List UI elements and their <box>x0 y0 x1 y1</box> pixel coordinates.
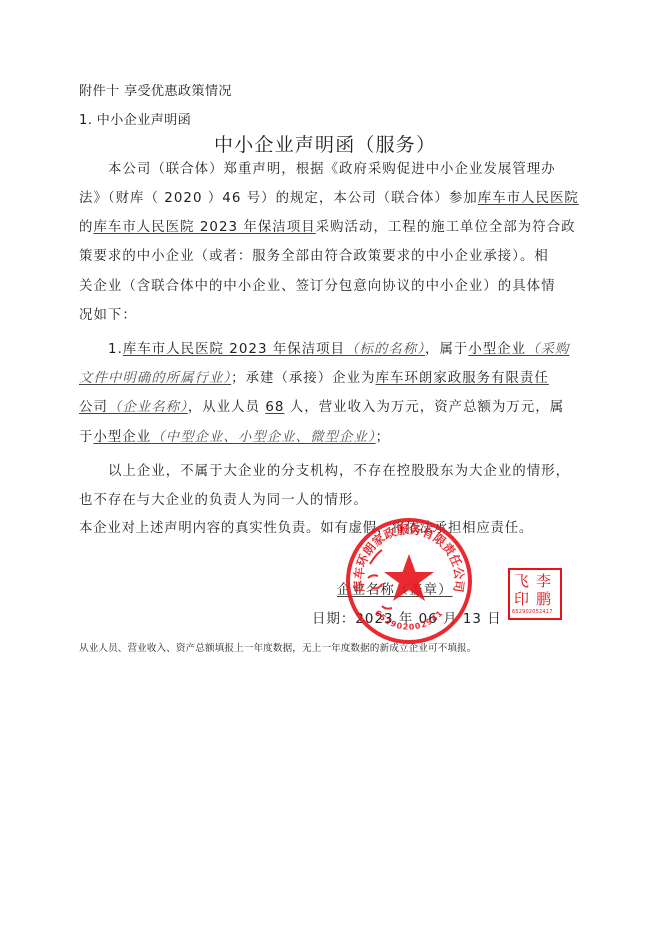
static-text: ，属于 <box>425 342 468 357</box>
hint-text: （企业名称） <box>108 400 188 415</box>
paragraph-line: 以上企业，不属于大企业的分支机构，不存在控股股东为大企业的情形， <box>108 460 570 479</box>
seal-char: 飞 <box>514 573 529 590</box>
paragraph-line: 法》（财库（ 2020 ）46 号）的规定，本公司（联合体）参加库车市人民医院 <box>79 187 579 206</box>
employee-count: 68 <box>265 400 284 415</box>
paragraph-line: 况如下： <box>79 304 137 323</box>
seal-code: 652902052417 <box>512 609 553 615</box>
project-name: 库车市人民医院 2023 年保洁项目 <box>93 220 315 235</box>
item-project: 库车市人民医院 2023 年保洁项目 <box>123 342 345 357</box>
static-text: ；承建（承接）企业为 <box>231 371 375 386</box>
page-title: 中小企业声明函（服务） <box>214 130 436 157</box>
item-line: 文件中明确的所属行业）；承建（承接）企业为库车环朗家政服务有限责任 <box>79 367 549 386</box>
industry-value: 小型企业 <box>468 342 526 357</box>
svg-text:652902002941: 652902002941 <box>373 608 445 631</box>
enterprise-size: 小型企业 <box>93 430 151 445</box>
static-text: 于 <box>79 430 93 445</box>
item-number: 1. <box>108 342 123 357</box>
static-text: 采购活动，工程的施工单位全部为符合政 <box>316 220 576 235</box>
seal-icon: 库车环朗家政服务有限责任公司 652902002941 <box>344 516 474 646</box>
item-line: 1.库车市人民医院 2023 年保洁项目（标的名称），属于小型企业（采购 <box>108 338 569 357</box>
seal-char: 李 <box>536 573 551 590</box>
company-name: 库车环朗家政服务有限责任 <box>376 371 549 386</box>
static-text: ； <box>376 430 390 445</box>
item-line: 于小型企业（中型企业、小型企业、微型企业）； <box>79 426 390 445</box>
paragraph-line: 策要求的中小企业（或者：服务全部由符合政策要求的中小企业承接）。相 <box>79 245 549 264</box>
hint-text: （采购 <box>526 342 569 357</box>
seal-char: 印 <box>514 591 529 608</box>
section-heading: 1. 中小企业声明函 <box>79 109 191 128</box>
seal-char: 鹏 <box>536 591 551 608</box>
attachment-heading: 附件十 享受优惠政策情况 <box>79 80 232 99</box>
purchaser-name: 库车市人民医院 <box>478 191 579 206</box>
static-text: 人，营业收入为万元，资产总额为万元，属 <box>290 400 564 415</box>
personal-seal-stamp: 飞 李 印 鹏 652902052417 <box>508 568 562 620</box>
hint-text: （标的名称） <box>345 342 425 357</box>
item-line: 公司（企业名称），从业人员 68 人，营业收入为万元，资产总额为万元，属 <box>79 396 564 415</box>
paragraph-line: 的库车市人民医院 2023 年保洁项目采购活动，工程的施工单位全部为符合政 <box>79 216 576 235</box>
paragraph-line: 关企业（含联合体中的中小企业、签订分包意向协议的中小企业）的具体情 <box>79 275 556 294</box>
paragraph-line: 也不存在与大企业的负责人为同一人的情形。 <box>79 489 368 508</box>
static-text: 法》（财库（ 2020 ）46 号）的规定，本公司（联合体）参加 <box>79 191 478 206</box>
hint-text: 文件中明确的所属行业） <box>79 371 231 386</box>
static-text: 的 <box>79 220 93 235</box>
company-seal-stamp: 库车环朗家政服务有限责任公司 652902002941 <box>344 516 474 646</box>
paragraph-line: 本公司（联合体）郑重声明，根据《政府采购促进中小企业发展管理办 <box>108 158 556 177</box>
company-name: 公司 <box>79 400 108 415</box>
static-text: ，从业人员 <box>188 400 260 415</box>
hint-text: （中型企业、小型企业、微型企业） <box>151 430 375 445</box>
